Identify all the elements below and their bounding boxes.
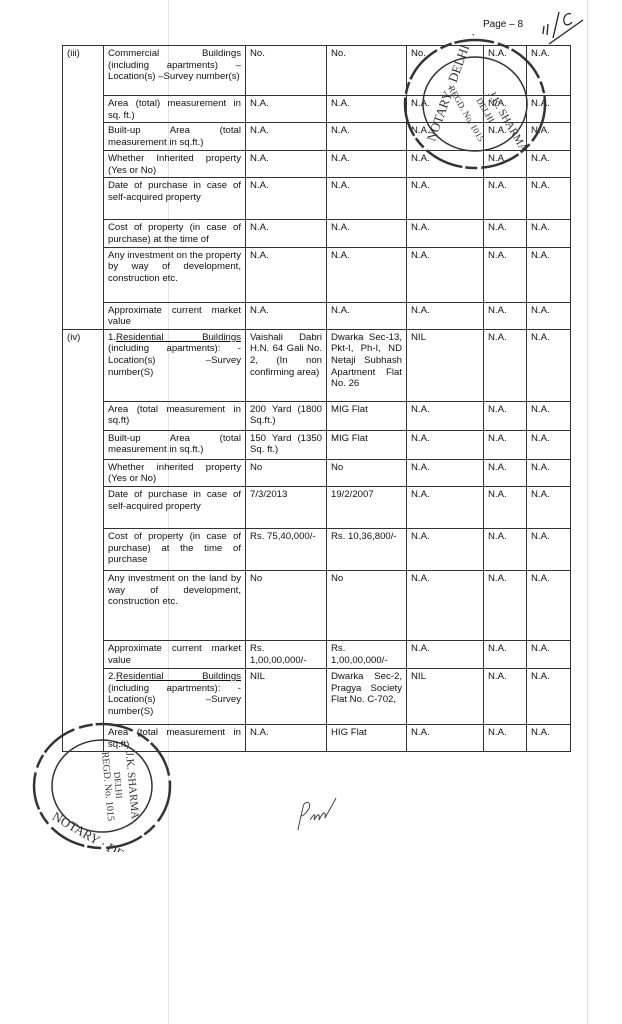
cell-value: N.A. <box>527 247 571 302</box>
cell-value: N.A. <box>527 329 571 401</box>
row-label: 2.Residential Buildings (including apart… <box>104 668 246 724</box>
row-label: Whether inherited property (Yes or No) <box>104 459 246 486</box>
table-row: Cost of property (in case of purchase) a… <box>63 528 571 570</box>
cell-value: N.A. <box>484 668 527 724</box>
cell-value: Dwarka Sec-13, Pkt-I, Ph-I, ND Netaji Su… <box>327 329 407 401</box>
cell-value: N.A. <box>407 528 484 570</box>
section-number: (iv) <box>63 329 104 751</box>
cell-value: N.A. <box>484 247 527 302</box>
cell-value: N.A. <box>527 123 571 151</box>
cell-value: No <box>327 570 407 640</box>
cell-value: No <box>246 570 327 640</box>
label-rest: (including apartments): -Location(s) –Su… <box>108 343 241 377</box>
table-row: Area (total measurement in sq.ft)200 Yar… <box>63 401 571 430</box>
table-row: Approximate current market valueN.A.N.A.… <box>63 302 571 329</box>
page-edge <box>587 0 588 1024</box>
cell-value: Dwarka Sec-2, Pragya Society Flat No. C-… <box>327 668 407 724</box>
cell-value: N.A. <box>484 123 527 151</box>
cell-value: N.A. <box>484 151 527 178</box>
cell-value: NIL <box>246 668 327 724</box>
cell-value: Rs. 1,00,00,000/- <box>327 640 407 668</box>
cell-value: 150 Yard (1350 Sq. ft.) <box>246 430 327 459</box>
cell-value: N.A. <box>527 178 571 220</box>
cell-value: N.A. <box>246 302 327 329</box>
row-label: Area (total measurement in sq.ft) <box>104 401 246 430</box>
cell-value: MIG Flat <box>327 430 407 459</box>
cell-value: N.A. <box>527 96 571 123</box>
table-row: Whether inherited property (Yes or No)No… <box>63 459 571 486</box>
cell-value: Vaishali Dabri H.N. 64 Gali No. 2, (In n… <box>246 329 327 401</box>
page-number: Page – 8 <box>483 19 523 30</box>
cell-value: N.A. <box>407 178 484 220</box>
row-label: Commercial Buildings (including apartmen… <box>104 46 246 96</box>
row-label: Area (total) measurement in sq. ft.) <box>104 96 246 123</box>
cell-value: N.A. <box>527 46 571 96</box>
cell-value: N.A. <box>407 151 484 178</box>
cell-value: N.A. <box>246 123 327 151</box>
cell-value: N.A. <box>327 96 407 123</box>
cell-value: N.A. <box>484 724 527 751</box>
cell-value: N.A. <box>484 486 527 528</box>
cell-value: NIL <box>407 668 484 724</box>
cell-value: 19/2/2007 <box>327 486 407 528</box>
cell-value: N.A. <box>484 459 527 486</box>
row-label: 1.Residential Buildings (including apart… <box>104 329 246 401</box>
cell-value: N.A. <box>407 570 484 640</box>
cell-value: N.A. <box>527 151 571 178</box>
cell-value: N.A. <box>407 96 484 123</box>
cell-value: N.A. <box>246 151 327 178</box>
cell-value: N.A. <box>407 430 484 459</box>
cell-value: N.A. <box>327 178 407 220</box>
cell-value: N.A. <box>327 220 407 247</box>
cell-value: N.A. <box>527 640 571 668</box>
cell-value: N.A. <box>327 247 407 302</box>
handwritten-initials <box>535 4 585 48</box>
cell-value: HIG Flat <box>327 724 407 751</box>
cell-value: N.A. <box>484 220 527 247</box>
cell-value: N.A. <box>407 459 484 486</box>
cell-value: No. <box>327 46 407 96</box>
table-row: Built-up Area (total measurement in sq.f… <box>63 123 571 151</box>
row-label: Cost of property (in case of purchase) a… <box>104 528 246 570</box>
row-label: Approximate current market value <box>104 302 246 329</box>
cell-value: N.A. <box>527 401 571 430</box>
table-row: 2.Residential Buildings (including apart… <box>63 668 571 724</box>
cell-value: N.A. <box>407 123 484 151</box>
row-label: Date of purchase in case of self-acquire… <box>104 486 246 528</box>
cell-value: N.A. <box>527 724 571 751</box>
row-label: Approximate current market value <box>104 640 246 668</box>
table-row: Whether Inherited property (Yes or No)N.… <box>63 151 571 178</box>
cell-value: N.A. <box>484 528 527 570</box>
cell-value: N.A. <box>407 401 484 430</box>
section-number: (iii) <box>63 46 104 330</box>
cell-value: N.A. <box>484 401 527 430</box>
cell-value: 7/3/2013 <box>246 486 327 528</box>
svg-text:REGD. No. 1015: REGD. No. 1015 <box>99 751 116 821</box>
cell-value: N.A. <box>484 46 527 96</box>
cell-value: N.A. <box>484 329 527 401</box>
cell-value: N.A. <box>407 486 484 528</box>
row-label: Any investment on the land by way of dev… <box>104 570 246 640</box>
cell-value: N.A. <box>246 220 327 247</box>
cell-value: N.A. <box>327 151 407 178</box>
table-row: Area (total) measurement in sq. ft.)N.A.… <box>63 96 571 123</box>
label-rest: (including apartments): -Location(s) –Su… <box>108 683 241 717</box>
cell-value: N.A. <box>527 486 571 528</box>
cell-value: NIL <box>407 329 484 401</box>
cell-value: N.A. <box>484 178 527 220</box>
table-row: (iv)1.Residential Buildings (including a… <box>63 329 571 401</box>
cell-value: N.A. <box>484 640 527 668</box>
table-row: Approximate current market valueRs. 1,00… <box>63 640 571 668</box>
row-label: Date of purchase in case of self-acquire… <box>104 178 246 220</box>
cell-value: Rs. 75,40,000/- <box>246 528 327 570</box>
cell-value: 200 Yard (1800 Sq.ft.) <box>246 401 327 430</box>
label-prefix: 2. <box>108 671 116 682</box>
row-label: Any investment on the property by way of… <box>104 247 246 302</box>
table-row: (iii)Commercial Buildings (including apa… <box>63 46 571 96</box>
label-prefix: 1. <box>108 332 116 343</box>
row-label: Built-up Area (total measurement in sq.f… <box>104 123 246 151</box>
table-row: Built-up Area (total measurement in sq.f… <box>63 430 571 459</box>
row-label: Cost of property (in case of purchase) a… <box>104 220 246 247</box>
cell-value: N.A. <box>327 302 407 329</box>
cell-value: No. <box>407 46 484 96</box>
svg-text:DELHI: DELHI <box>112 771 124 799</box>
cell-value: N.A. <box>407 302 484 329</box>
cell-value: N.A. <box>527 220 571 247</box>
label-underlined: Residential Buildings <box>116 671 241 682</box>
signature <box>292 786 342 836</box>
cell-value: N.A. <box>246 178 327 220</box>
cell-value: N.A. <box>527 302 571 329</box>
cell-value: No <box>327 459 407 486</box>
table-row: Area (total measurement in sq.ft)N.A.HIG… <box>63 724 571 751</box>
cell-value: N.A. <box>527 528 571 570</box>
cell-value: N.A. <box>246 96 327 123</box>
row-label: Area (total measurement in sq.ft) <box>104 724 246 751</box>
cell-value: N.A. <box>407 724 484 751</box>
cell-value: N.A. <box>527 459 571 486</box>
table-row: Date of purchase in case of self-acquire… <box>63 486 571 528</box>
svg-text:NOTARY · DELHI · INDIA: NOTARY · DELHI · INDIA <box>50 809 180 852</box>
cell-value: N.A. <box>527 570 571 640</box>
cell-value: No. <box>246 46 327 96</box>
cell-value: N.A. <box>407 220 484 247</box>
cell-value: No <box>246 459 327 486</box>
cell-value: N.A. <box>407 640 484 668</box>
cell-value: N.A. <box>407 247 484 302</box>
cell-value: N.A. <box>327 123 407 151</box>
table-row: Any investment on the land by way of dev… <box>63 570 571 640</box>
cell-value: N.A. <box>246 247 327 302</box>
assets-table: (iii)Commercial Buildings (including apa… <box>62 45 571 752</box>
svg-text:J.K. SHARMA: J.K. SHARMA <box>123 751 141 819</box>
cell-value: Rs. 10,36,800/- <box>327 528 407 570</box>
cell-value: N.A. <box>246 724 327 751</box>
table-row: Any investment on the property by way of… <box>63 247 571 302</box>
row-label: Built-up Area (total measurement in sq.f… <box>104 430 246 459</box>
label-underlined: Residential Buildings <box>116 332 241 343</box>
table-row: Cost of property (in case of purchase) a… <box>63 220 571 247</box>
table-row: Date of purchase in case of self-acquire… <box>63 178 571 220</box>
cell-value: N.A. <box>484 96 527 123</box>
row-label: Whether Inherited property (Yes or No) <box>104 151 246 178</box>
cell-value: N.A. <box>527 668 571 724</box>
cell-value: N.A. <box>484 430 527 459</box>
cell-value: N.A. <box>527 430 571 459</box>
cell-value: N.A. <box>484 570 527 640</box>
cell-value: N.A. <box>484 302 527 329</box>
cell-value: Rs. 1,00,00,000/- <box>246 640 327 668</box>
cell-value: MIG Flat <box>327 401 407 430</box>
